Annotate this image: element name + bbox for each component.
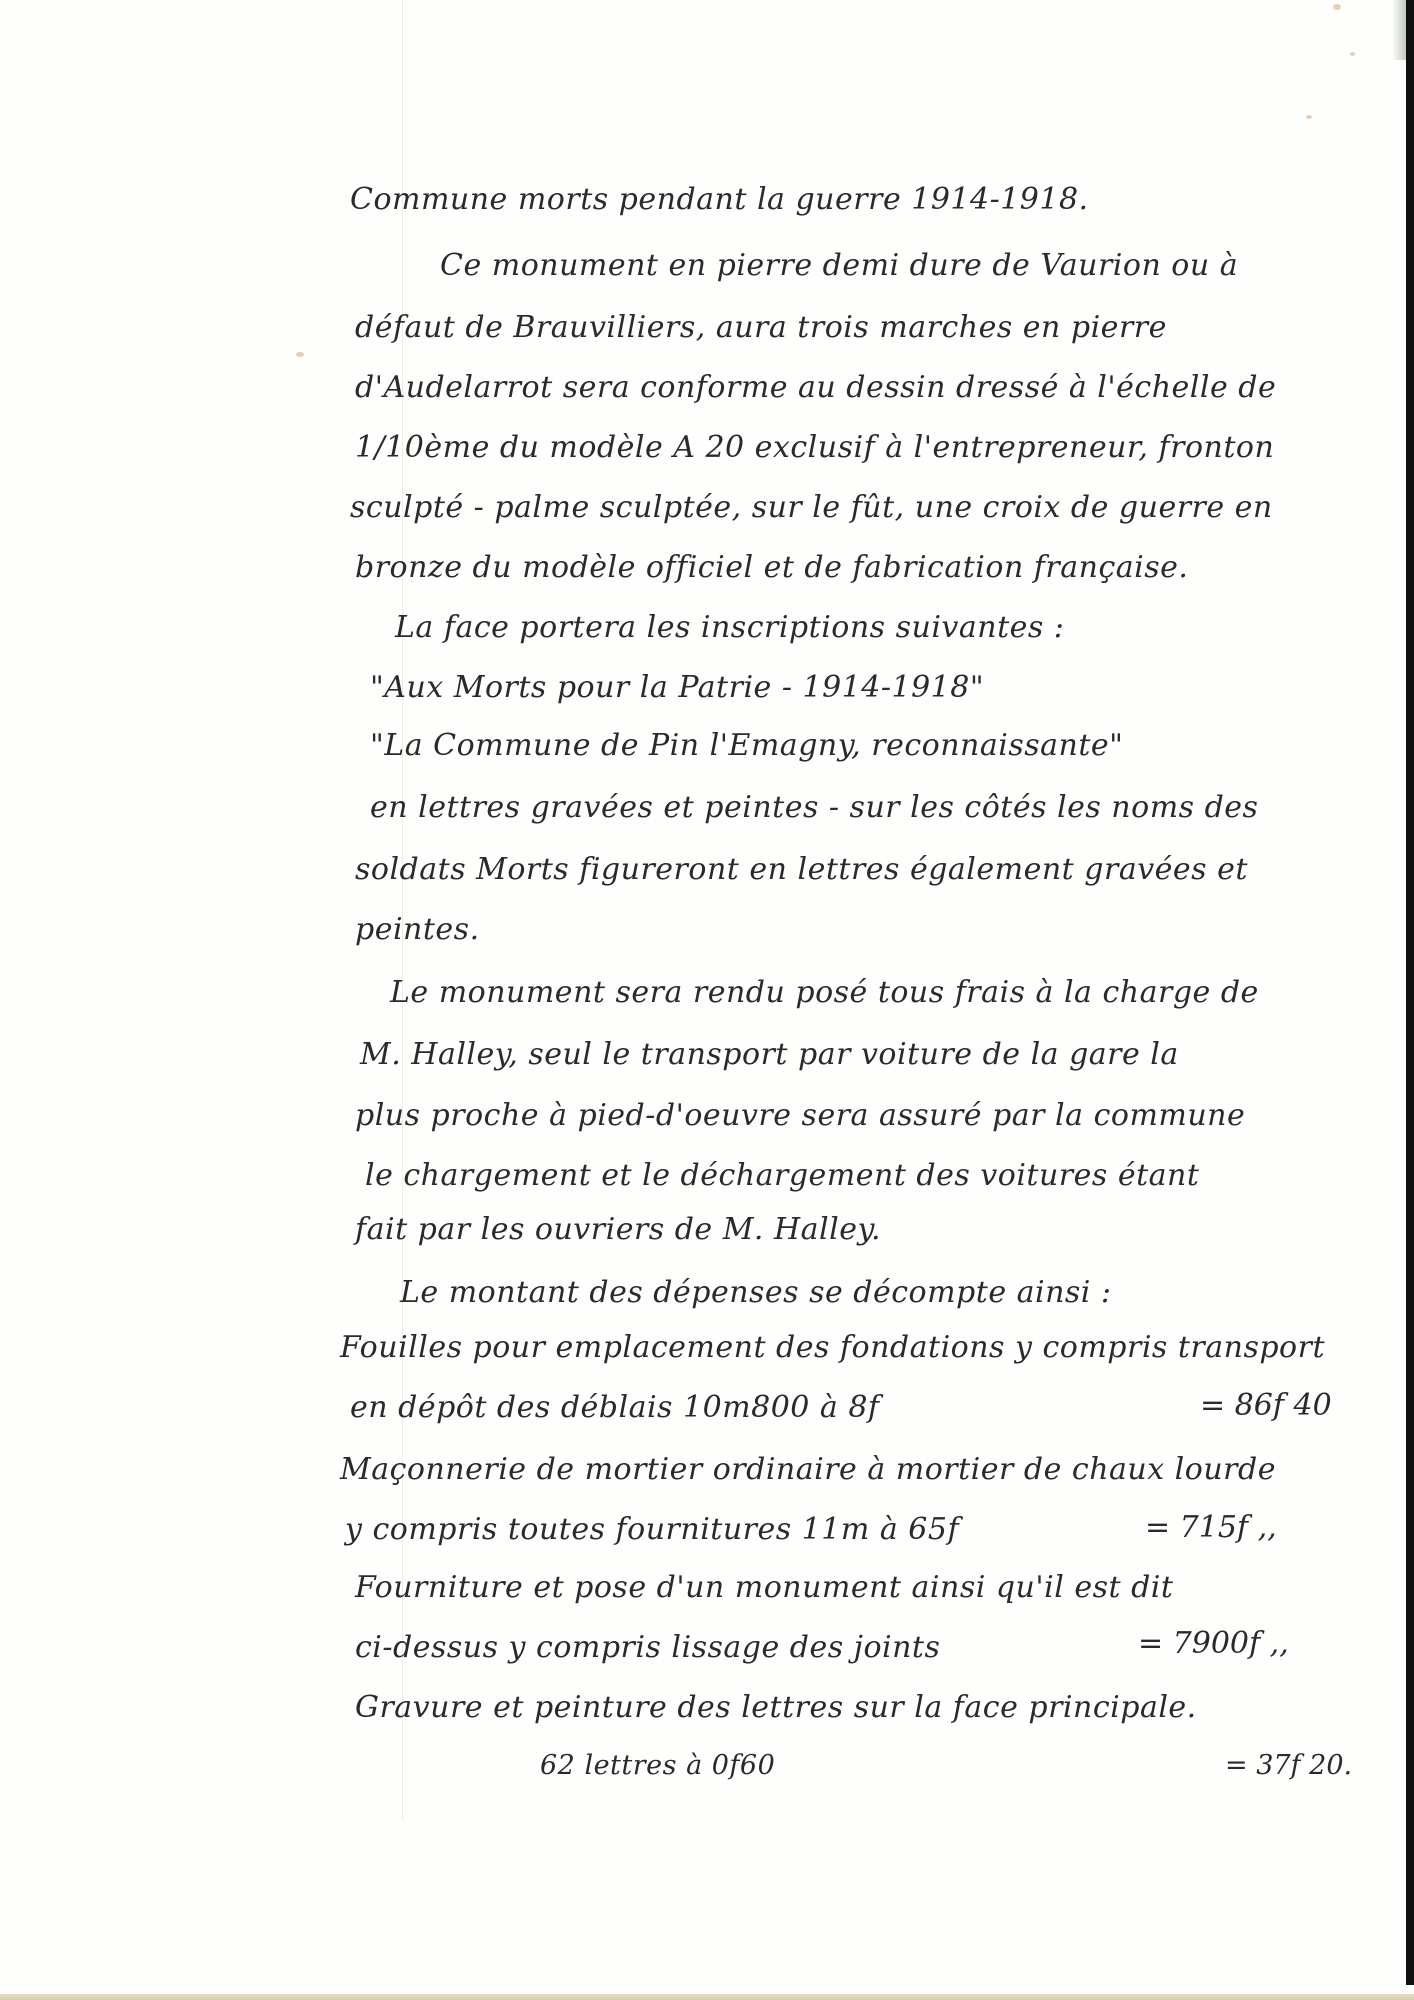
paper-stain	[1333, 4, 1341, 10]
text-line: fait par les ouvriers de M. Halley.	[355, 1212, 881, 1247]
expense-amount: = 715f ,,	[1145, 1510, 1277, 1545]
text-line: le chargement et le déchargement des voi…	[365, 1158, 1199, 1193]
text-line: sculpté - palme sculptée, sur le fût, un…	[350, 490, 1273, 525]
page-edge-shadow	[1406, 0, 1414, 1985]
document-page: Commune morts pendant la guerre 1914-191…	[0, 0, 1414, 2000]
text-line: 1/10ème du modèle A 20 exclusif à l'entr…	[355, 430, 1274, 465]
paper-stain	[296, 352, 304, 357]
text-line: d'Audelarrot sera conforme au dessin dre…	[355, 370, 1276, 405]
expense-amount: = 7900f ,,	[1138, 1626, 1289, 1661]
text-line: Ce monument en pierre demi dure de Vauri…	[440, 248, 1238, 283]
page-corner-fold	[1392, 0, 1406, 60]
page-bottom-edge	[0, 1994, 1414, 2000]
text-line: en lettres gravées et peintes - sur les …	[370, 790, 1258, 825]
expense-description: 62 lettres à 0f60	[540, 1750, 775, 1781]
inscription-line: "La Commune de Pin l'Emagny, reconnaissa…	[370, 728, 1123, 763]
expense-amount: = 37f 20.	[1225, 1750, 1352, 1781]
text-line: bronze du modèle officiel et de fabricat…	[355, 550, 1188, 585]
expense-description: y compris toutes fournitures 11m à 65f	[345, 1512, 959, 1547]
expense-description: Gravure et peinture des lettres sur la f…	[355, 1690, 1197, 1725]
inscription-line: "Aux Morts pour la Patrie - 1914-1918"	[370, 670, 984, 705]
paper-stain	[1350, 52, 1355, 56]
expense-description: ci-dessus y compris lissage des joints	[355, 1630, 940, 1665]
expense-amount: = 86f 40	[1200, 1388, 1332, 1423]
text-line: Le montant des dépenses se décompte ains…	[400, 1275, 1112, 1310]
expense-description: Fouilles pour emplacement des fondations…	[340, 1330, 1325, 1365]
text-line: Commune morts pendant la guerre 1914-191…	[350, 182, 1089, 217]
margin-rule	[402, 0, 403, 1820]
text-line: plus proche à pied-d'oeuvre sera assuré …	[355, 1098, 1245, 1133]
text-line: M. Halley, seul le transport par voiture…	[360, 1037, 1179, 1072]
text-line: soldats Morts figureront en lettres égal…	[355, 852, 1248, 887]
text-line: Le monument sera rendu posé tous frais à…	[390, 975, 1259, 1010]
expense-description: Fourniture et pose d'un monument ainsi q…	[355, 1570, 1173, 1605]
expense-description: en dépôt des déblais 10m800 à 8f	[350, 1390, 880, 1425]
text-line: La face portera les inscriptions suivant…	[395, 610, 1064, 645]
text-line: défaut de Brauvilliers, aura trois march…	[355, 310, 1167, 345]
expense-description: Maçonnerie de mortier ordinaire à mortie…	[340, 1452, 1276, 1487]
text-line: peintes.	[355, 912, 480, 947]
paper-stain	[1306, 115, 1312, 119]
